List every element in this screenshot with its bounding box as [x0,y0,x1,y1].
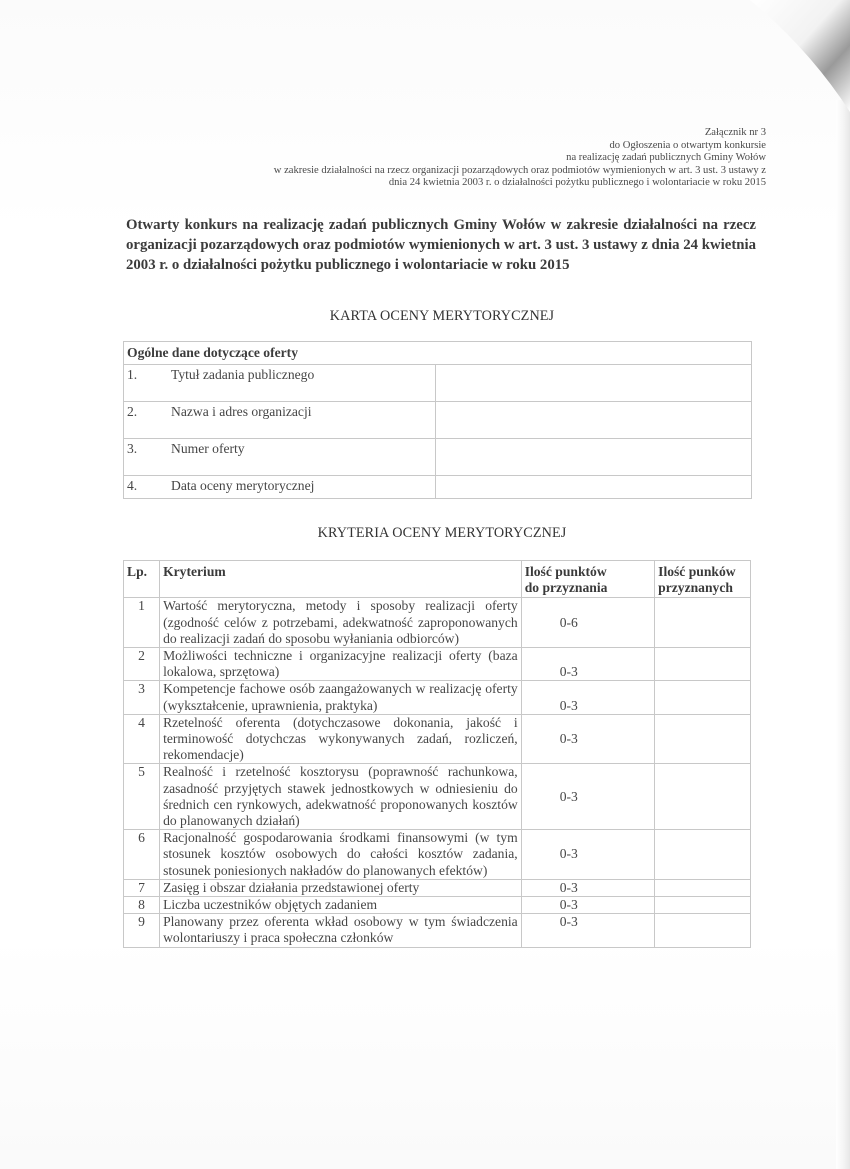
row-label-cell: 2.Nazwa i adres organizacji [124,402,436,439]
annex-line: na realizację zadań publicznych Gminy Wo… [126,152,766,165]
max-points: 0-3 [521,764,654,830]
criterion-text: Realność i rzetelność kosztorysu (popraw… [160,764,522,830]
general-table-header-row: Ogólne dane dotyczące oferty [124,342,752,365]
organization-name-field[interactable] [436,402,752,439]
table-row: 8Liczba uczestników objętych zadaniem0-3 [124,897,751,914]
awarded-points-field[interactable] [655,879,751,896]
awarded-points-field[interactable] [655,830,751,880]
max-points: 0-3 [521,830,654,880]
criterion-number: 8 [124,897,160,914]
criterion-text: Planowany przez oferenta wkład osobowy w… [160,914,522,947]
max-points: 0-3 [521,714,654,764]
row-label-cell: 4.Data oceny merytorycznej [124,476,436,499]
criterion-text: Rzetelność oferenta (dotychczasowe dokon… [160,714,522,764]
row-number: 3. [127,441,171,457]
awarded-points-field[interactable] [655,648,751,681]
criterion-number: 2 [124,648,160,681]
row-label: Data oceny merytorycznej [171,478,314,493]
table-row: 6Racjonalność gospodarowania środkami fi… [124,830,751,880]
evaluation-date-field[interactable] [436,476,752,499]
row-number: 1. [127,367,171,383]
awarded-points-field[interactable] [655,714,751,764]
annex-line: Załącznik nr 3 [126,127,766,140]
criterion-text: Kompetencje fachowe osób zaangażowanych … [160,681,522,714]
criterion-number: 7 [124,879,160,896]
column-header-points-max: Ilość punktów do przyznania [521,561,654,598]
awarded-points-field[interactable] [655,897,751,914]
page-fold-icon [730,0,850,120]
criteria-body: 1Wartość merytoryczna, metody i sposoby … [124,598,751,947]
header-line: Ilość punktów [525,564,651,580]
row-label-cell: 1.Tytuł zadania publicznego [124,365,436,402]
table-row: 3.Numer oferty [124,439,752,476]
column-header-criterion: Kryterium [160,561,522,598]
header-line: przyznanych [658,580,747,596]
task-title-field[interactable] [436,365,752,402]
table-row: 7Zasięg i obszar działania przedstawione… [124,879,751,896]
kryteria-section-title: KRYTERIA OCENY MERYTORYCZNEJ [0,525,850,542]
criteria-header-row: Lp. Kryterium Ilość punktów do przyznani… [124,561,751,598]
criterion-text: Liczba uczestników objętych zadaniem [160,897,522,914]
annex-line: w zakresie działalności na rzecz organiz… [126,165,766,178]
criteria-table: Lp. Kryterium Ilość punktów do przyznani… [123,560,751,948]
offer-number-field[interactable] [436,439,752,476]
table-row: 1.Tytuł zadania publicznego [124,365,752,402]
general-table-header: Ogólne dane dotyczące oferty [124,342,752,365]
criterion-text: Racjonalność gospodarowania środkami fin… [160,830,522,880]
general-data-table: Ogólne dane dotyczące oferty 1.Tytuł zad… [123,341,752,499]
row-label: Numer oferty [171,441,245,456]
criterion-number: 9 [124,914,160,947]
max-points: 0-3 [521,681,654,714]
document-title: Otwarty konkurs na realizację zadań publ… [126,215,756,275]
row-number: 2. [127,404,171,420]
criterion-number: 1 [124,598,160,648]
awarded-points-field[interactable] [655,764,751,830]
row-label: Nazwa i adres organizacji [171,404,312,419]
max-points: 0-6 [521,598,654,648]
awarded-points-field[interactable] [655,681,751,714]
header-line: Ilość punków [658,564,747,580]
table-row: 9Planowany przez oferenta wkład osobowy … [124,914,751,947]
criterion-number: 3 [124,681,160,714]
table-row: 2Możliwości techniczne i organizacyjne r… [124,648,751,681]
table-row: 3Kompetencje fachowe osób zaangażowanych… [124,681,751,714]
karta-section-title: KARTA OCENY MERYTORYCZNEJ [0,308,850,325]
criterion-number: 5 [124,764,160,830]
criterion-text: Zasięg i obszar działania przedstawionej… [160,879,522,896]
column-header-lp: Lp. [124,561,160,598]
annex-line: do Ogłoszenia o otwartym konkursie [126,140,766,153]
awarded-points-field[interactable] [655,914,751,947]
annex-line: dnia 24 kwietnia 2003 r. o działalności … [126,177,766,190]
max-points: 0-3 [521,879,654,896]
row-label-cell: 3.Numer oferty [124,439,436,476]
row-label: Tytuł zadania publicznego [171,367,314,382]
page-edge-shadow [836,100,850,1169]
table-row: 4Rzetelność oferenta (dotychczasowe doko… [124,714,751,764]
row-number: 4. [127,478,171,494]
criterion-number: 6 [124,830,160,880]
criterion-number: 4 [124,714,160,764]
criterion-text: Możliwości techniczne i organizacyjne re… [160,648,522,681]
table-row: 2.Nazwa i adres organizacji [124,402,752,439]
column-header-points-given: Ilość punków przyznanych [655,561,751,598]
table-row: 4.Data oceny merytorycznej [124,476,752,499]
annex-header: Załącznik nr 3 do Ogłoszenia o otwartym … [126,127,766,190]
max-points: 0-3 [521,897,654,914]
max-points: 0-3 [521,648,654,681]
awarded-points-field[interactable] [655,598,751,648]
criterion-text: Wartość merytoryczna, metody i sposoby r… [160,598,522,648]
header-line: do przyznania [525,580,651,596]
max-points: 0-3 [521,914,654,947]
table-row: 1Wartość merytoryczna, metody i sposoby … [124,598,751,648]
table-row: 5Realność i rzetelność kosztorysu (popra… [124,764,751,830]
scanned-page: Załącznik nr 3 do Ogłoszenia o otwartym … [0,0,850,1169]
